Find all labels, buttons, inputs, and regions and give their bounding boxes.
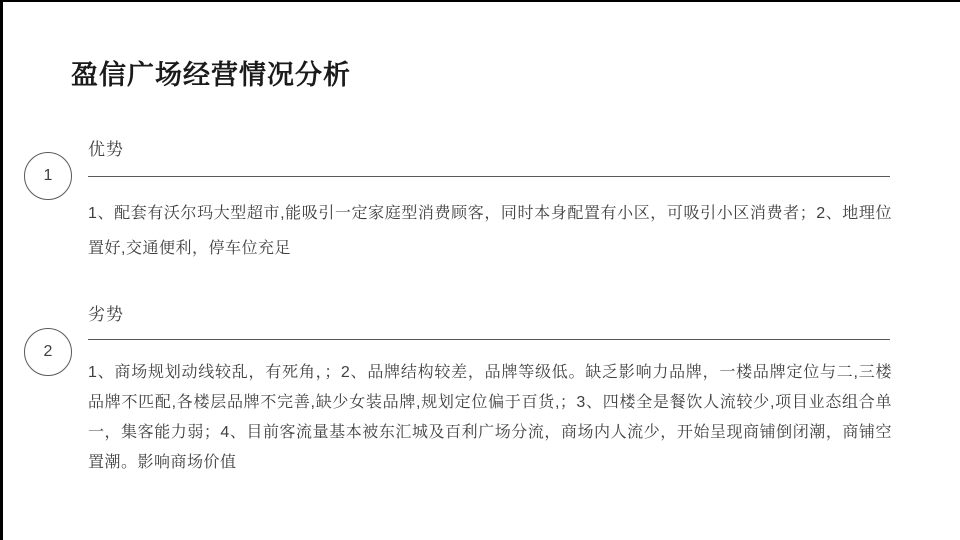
section-1-number: 1 <box>44 167 53 185</box>
frame-left-edge <box>0 0 3 540</box>
section-2-heading: 劣势 <box>88 300 124 325</box>
frame-top-edge <box>0 0 960 2</box>
section-2-number: 2 <box>44 343 53 361</box>
slide: 盈信广场经营情况分析 1 优势 1、配套有沃尔玛大型超市,能吸引一定家庭型消费顾… <box>0 0 960 540</box>
section-2-divider <box>88 339 890 340</box>
section-2-number-badge: 2 <box>24 328 72 376</box>
page-title: 盈信广场经营情况分析 <box>71 53 351 92</box>
section-1-number-badge: 1 <box>24 152 72 200</box>
section-1-divider <box>88 176 890 177</box>
section-1-body: 1、配套有沃尔玛大型超市,能吸引一定家庭型消费顾客，同时本身配置有小区，可吸引小… <box>88 196 892 266</box>
section-1-heading: 优势 <box>88 135 124 160</box>
section-2-body: 1、商场规划动线较乱，有死角，；2、品牌结构较差，品牌等级低。缺乏影响力品牌，一… <box>88 358 892 478</box>
